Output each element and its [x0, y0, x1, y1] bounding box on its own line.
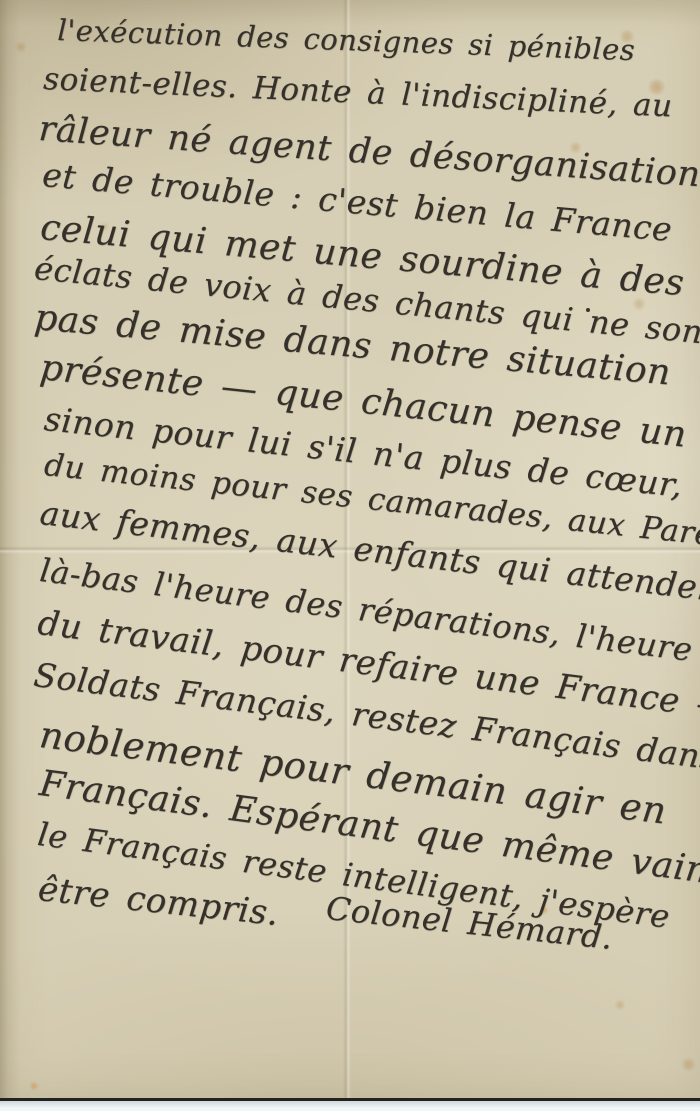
scanned-letter: l'exécution des consignes si pénibles so… — [0, 0, 700, 1111]
fox-spot — [30, 1082, 38, 1090]
fox-spot — [682, 1058, 695, 1071]
fox-spot — [615, 1000, 625, 1010]
handwritten-line-02: soient-elles. Honte à l'indiscipliné, au — [43, 64, 674, 122]
scanner-background-strip — [0, 1101, 700, 1111]
letter-page: l'exécution des consignes si pénibles so… — [0, 0, 700, 1101]
handwritten-line-18: être compris. — [36, 872, 280, 931]
fox-spot — [16, 42, 26, 52]
